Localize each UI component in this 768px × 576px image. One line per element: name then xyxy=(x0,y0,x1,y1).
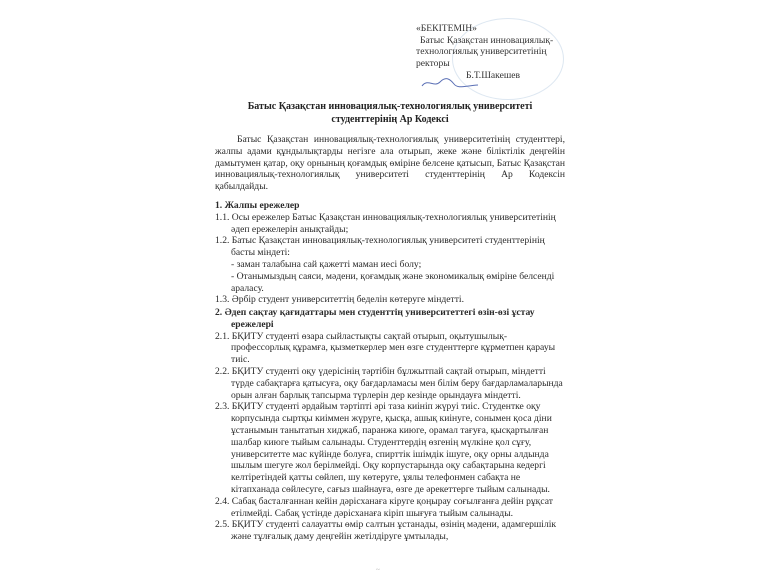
document-page: «БЕКІТЕМІН» Батыс Қазақстан инновациялық… xyxy=(0,0,768,576)
rule-item: 2.3. БҚИТУ студенті әрдайым тәртіпті әрі… xyxy=(215,401,565,495)
rule-item: 1.1. Осы ережелер Батыс Қазақстан иннова… xyxy=(215,212,565,236)
rule-item: 2.1. БҚИТУ студенті өзара сыйластықты са… xyxy=(215,331,565,366)
title-line: студенттерінің Ар Кодексі xyxy=(190,113,590,126)
approval-block: «БЕКІТЕМІН» Батыс Қазақстан инновациялық… xyxy=(416,23,553,82)
section-ethics-rules: 2. Әдеп сақтау қағидаттары мен студентті… xyxy=(215,307,565,543)
approval-line: Батыс Қазақстан инновациялық- xyxy=(416,35,553,47)
signatory-name: Б.Т.Шакешев xyxy=(416,70,553,82)
section-heading: 2. Әдеп сақтау қағидаттары мен студентті… xyxy=(215,307,565,331)
approval-line: технологиялық университетінің xyxy=(416,46,553,58)
section-heading: 1. Жалпы ережелер xyxy=(215,200,565,212)
approval-heading: «БЕКІТЕМІН» xyxy=(416,23,553,35)
rule-item: 2.2. БҚИТУ студенті оқу үдерісінің тәрті… xyxy=(215,366,565,401)
rule-bullet: - заман талабына сай қажетті маман иесі … xyxy=(215,259,565,271)
title-line: Батыс Қазақстан инновациялық-технологиял… xyxy=(190,100,590,113)
rule-bullet: - Отанымыздың саяси, мәдени, қоғамдық жә… xyxy=(215,271,565,295)
rule-item: 1.2. Батыс Қазақстан инновациялық-технол… xyxy=(215,235,565,259)
rule-item: 2.5. БҚИТУ студенті салауатты өмір салты… xyxy=(215,519,565,543)
section-general-rules: 1. Жалпы ережелер 1.1. Осы ережелер Баты… xyxy=(215,200,565,306)
page-mark: ~ xyxy=(376,566,380,574)
intro-paragraph: Батыс Қазақстан инновациялық-технологиял… xyxy=(215,134,565,193)
rule-item: 2.4. Сабақ басталғаннан кейін дәрісханағ… xyxy=(215,496,565,520)
rule-item: 1.3. Әрбір студент университеттің беделі… xyxy=(215,294,565,306)
approval-line: ректоры xyxy=(416,58,553,70)
document-title: Батыс Қазақстан инновациялық-технологиял… xyxy=(190,100,590,126)
